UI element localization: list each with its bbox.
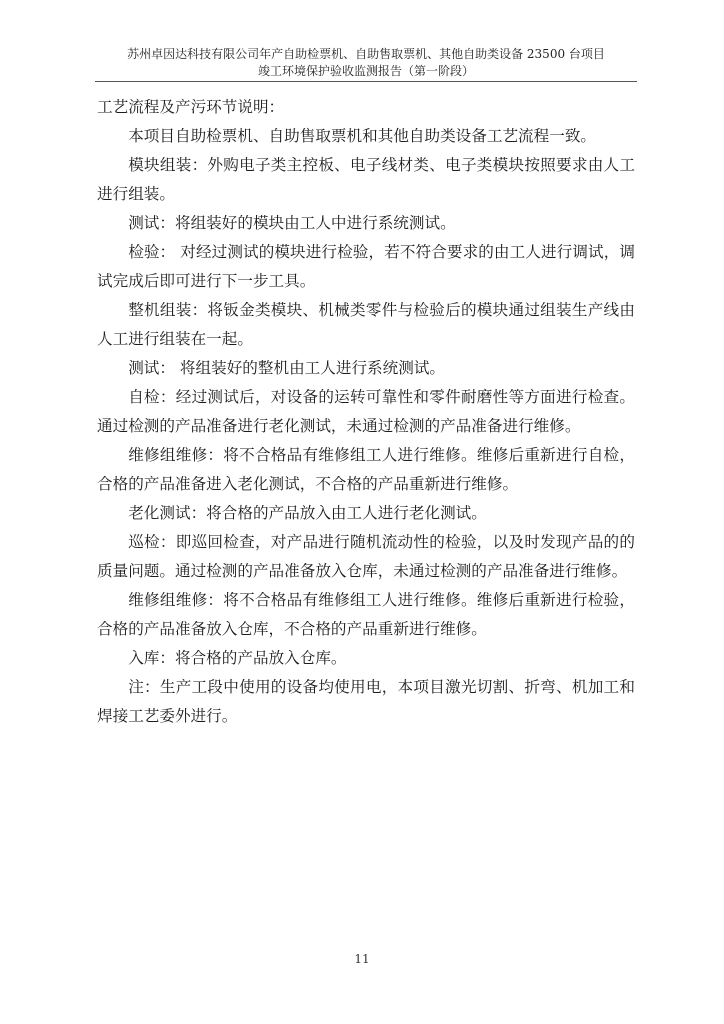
page-number: 11	[0, 952, 724, 966]
paragraph-repair-2: 维修组维修：将不合格品有维修组工人进行维修。维修后重新进行检验，合格的产品准备放…	[97, 586, 635, 644]
paragraph-inspection: 检验： 对经过测试的模块进行检验，若不符合要求的由工人进行调试，调试完成后即可进…	[97, 238, 635, 296]
paragraph-warehousing: 入库：将合格的产品放入仓库。	[97, 644, 635, 673]
paragraph-complete-testing: 测试： 将组装好的整机由工人进行系统测试。	[97, 354, 635, 383]
paragraph-module-testing: 测试：将组装好的模块由工人中进行系统测试。	[97, 209, 635, 238]
paragraph-self-check: 自检：经过测试后，对设备的运转可靠性和零件耐磨性等方面进行检查。通过检测的产品准…	[97, 383, 635, 441]
paragraph-patrol-inspection: 巡检：即巡回检查，对产品进行随机流动性的检验，以及时发现产品的的质量问题。通过检…	[97, 528, 635, 586]
paragraph-note: 注：生产工段中使用的设备均使用电，本项目激光切割、折弯、机加工和焊接工艺委外进行…	[97, 673, 635, 731]
paragraph-complete-assembly: 整机组装：将钣金类模块、机械类零件与检验后的模块通过组装生产线由人工进行组装在一…	[97, 296, 635, 354]
paragraph-repair-1: 维修组维修：将不合格品有维修组工人进行维修。维修后重新进行自检，合格的产品准备进…	[97, 441, 635, 499]
header-title-line-2: 竣工环境保护验收监测报告（第一阶段）	[95, 63, 637, 80]
paragraph-overview: 本项目自助检票机、自助售取票机和其他自助类设备工艺流程一致。	[97, 122, 635, 151]
document-body: 工艺流程及产污环节说明： 本项目自助检票机、自助售取票机和其他自助类设备工艺流程…	[97, 93, 635, 731]
header-divider	[95, 81, 637, 82]
header-title-line-1: 苏州卓因达科技有限公司年产自助检票机、自助售取票机、其他自助类设备 23500 …	[95, 46, 637, 63]
paragraph-module-assembly: 模块组装：外购电子类主控板、电子线材类、电子类模块按照要求由人工进行组装。	[97, 151, 635, 209]
section-heading: 工艺流程及产污环节说明：	[97, 93, 635, 122]
page-header: 苏州卓因达科技有限公司年产自助检票机、自助售取票机、其他自助类设备 23500 …	[95, 46, 637, 80]
paragraph-aging-test: 老化测试：将合格的产品放入由工人进行老化测试。	[97, 499, 635, 528]
